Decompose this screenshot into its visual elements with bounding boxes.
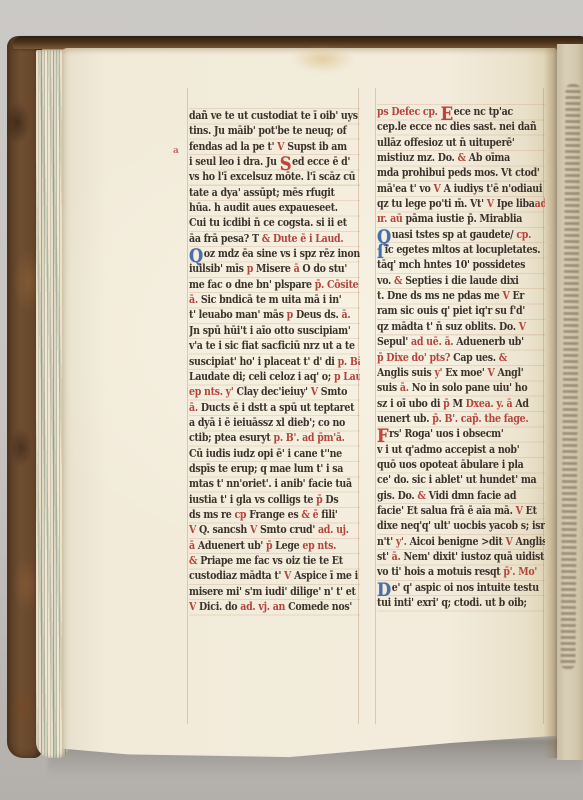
text-line: gis. Do. & Vidi dmn facie ad [377, 488, 521, 503]
text-line: st' ā. Nem' dixit' iustoz quā uidist' [377, 549, 521, 564]
text-line: tāq' mch hntes 10' possidetes [377, 257, 521, 272]
text-line: uenert ub. p̄. B'. cap̄. the fage. [377, 411, 521, 426]
text-line: iuilsib' mīs p Misere ā O do stu' [189, 261, 336, 276]
text-line: mistiuz mz. Do. & Ab oīma [377, 150, 521, 165]
text-line: Frs' Roga' uos i obsecm' [377, 426, 521, 441]
text-line: i seul leo i dra. Ju Sed ecce ē d' [189, 154, 336, 169]
text-line: t' leuabo man' mās p Deus ds. ā. [189, 307, 336, 322]
leather-top-cover-edge [13, 36, 583, 49]
text-line: qz mādta t' n̄ suz oblits. Do. V [377, 319, 521, 334]
text-line: n't' y'. Aicoi benigne >dit V Anglis [377, 534, 521, 549]
lombard-initial: S [280, 159, 292, 169]
text-line: vo. & Septies i die laude dixi [377, 273, 521, 288]
text-line: vo ti' hois a motuis resqt p̄'. Mo' [377, 564, 521, 579]
text-line: v i ut q'admo accepist a nob' [377, 442, 521, 457]
text-line: ſic egetes mltos at locupletates. [377, 242, 521, 257]
text-line: tui inti' exri' q; ctodi. ut b oib; [377, 595, 521, 610]
ruling-vertical-line [187, 88, 188, 724]
text-line: ır. aū pāma iustie p̄. Mirablia [377, 211, 521, 226]
text-line: ullāz offesioz ut n̄ uituperē' [377, 135, 521, 150]
text-line: Cui tu icdibi n̄ ce cogsta. si ii et [189, 215, 336, 230]
text-line: suis ā. No in solo pane uiu' ho [377, 380, 521, 395]
facing-page-text-blur [560, 84, 580, 669]
marginal-rubric-mark: a [173, 146, 179, 156]
text-line: ctib; ptea esuryt p. B'. ad p̄m'ā. [189, 430, 336, 445]
ruling-vertical-line [375, 88, 376, 724]
left-text-column: dañ ve te ut custodiat te ī oib' uystins… [189, 108, 360, 620]
text-line: ds ms re cp Frange es & ē fili' [189, 507, 336, 522]
text-line: ps Defec cp. Eece nc tp'ac [377, 104, 521, 119]
text-line: dixe neq'q' ult' uocbis yacob s; isrl' e… [377, 518, 521, 533]
text-line: ā. Ducts ē i dstt a spū ut teptaret [189, 400, 336, 415]
facing-page-sliver [557, 44, 583, 760]
text-line: āa frā pesa? T & Dute ē i Laud. [189, 231, 336, 246]
text-line: ep nts. y' Clay dec'ieiuy' V Smto [189, 384, 336, 399]
right-text-column: ps Defec cp. Eece nc tp'accep.le ecce nc… [377, 104, 545, 616]
text-line: Sepul' ad uē. ā. Aduenerb ub' [377, 334, 521, 349]
text-line: me fac o dne bn' plspare p̄. Cōsite [189, 277, 336, 292]
text-line: tate a dya' assūpt; mēs rfugit [189, 185, 336, 200]
text-line: mtas t' nn'oriet'. i anib' facie tuā [189, 476, 336, 491]
text-line: ram sic ouis q' piet iq'r su f'd' [377, 303, 521, 318]
text-line: ā Aduenert ub' p̄ Lege ep nts. [189, 538, 336, 553]
text-line: Cū iudis iudz opi ē' i cane t''ne [189, 446, 336, 461]
text-line: suscipiat' ho' i placeat t' d' di p. Bā [189, 354, 336, 369]
lombard-initial: D [377, 585, 391, 595]
text-line: iustia t' i gla vs colligs te p̄ Ds [189, 492, 336, 507]
lombard-initial: F [377, 431, 388, 441]
text-line: ce' do. sic i ablet' ut hundet' ma [377, 472, 521, 487]
text-line: V Dici. do ad. vj. an Comede nos' [189, 599, 336, 614]
text-line: vs ho l'ī excelsuz mōte. l'ī scāz cū [189, 169, 336, 184]
text-line: Jn spū hūi't i aīo otto suscipiam' [189, 323, 336, 338]
text-line: De' q' aspic oi nos intuite testu [377, 580, 521, 595]
text-line: facie' Et salua frā ē aīa mā. V Et [377, 503, 521, 518]
text-line: ā. Sic bndicā te m uita mā i in' [189, 292, 336, 307]
text-line: fendas ad la pe t' V Supst ib am [189, 139, 336, 154]
text-line: dspīs te erup; q mae lum t' i sa [189, 461, 336, 476]
text-line: mā'ea t' vo V A iudiys t'ē n'odiaui [377, 181, 521, 196]
text-line: dañ ve te ut custodiat te ī oib' uys [189, 108, 336, 123]
text-line: Qoz mdz ēa sine vs i spz rēz inona [189, 246, 336, 261]
text-line: tins. Ju māib' pot'be te neuq; of [189, 123, 336, 138]
text-line: hūa. h audit aues expaueseet. [189, 200, 336, 215]
text-line: Anglis suis y' Ex moe' V Angl' [377, 365, 521, 380]
page-stain [292, 46, 354, 72]
text-line: custodiaz mādta t' V Aspice ī me i [189, 568, 336, 583]
photo-of-open-manuscript-book: a dañ ve te ut custodiat te ī oib' uysti… [0, 0, 583, 800]
text-line: p̄ Dixe do' pts? Cap ues. & [377, 350, 521, 365]
lombard-initial: Q [189, 251, 203, 261]
gutter-shadow [544, 48, 558, 758]
text-line: v'a te i sic fiat sacficiū nrz ut a te [189, 338, 336, 353]
lombard-initial: ſ [377, 247, 384, 257]
text-line: cep.le ecce nc dies sast. nei dañ [377, 119, 521, 134]
text-line: sz i oī ubo di p̄ M Dxea. y. ā Ad [377, 396, 521, 411]
text-line: & Priape me fac vs oiz tie te Et [189, 553, 336, 568]
text-line: misere mi' s'm iudi' dilige' n' t' et [189, 584, 336, 599]
text-line: Quasi tstes sp at gaudete/ cp. [377, 227, 521, 242]
text-line: qz tu lege po'ti m̄. Vt' V Ipe libaad [377, 196, 521, 211]
text-line: mda prohibui peds mos. Vt ctod' [377, 165, 521, 180]
text-line: t. Dne ds ms ne pdas me V Er [377, 288, 521, 303]
text-line: V Q. sancsh V Smto crud' ad. uj. [189, 522, 336, 537]
text-line: Laudate di; celi celoz i aq' o; p Lau [189, 369, 336, 384]
text-line: a dyā i ē ieiuāssz xl dieb'; co no [189, 415, 336, 430]
text-line: quō uos opoteat ābulare i pla [377, 457, 521, 472]
lombard-initial: E [441, 109, 453, 119]
